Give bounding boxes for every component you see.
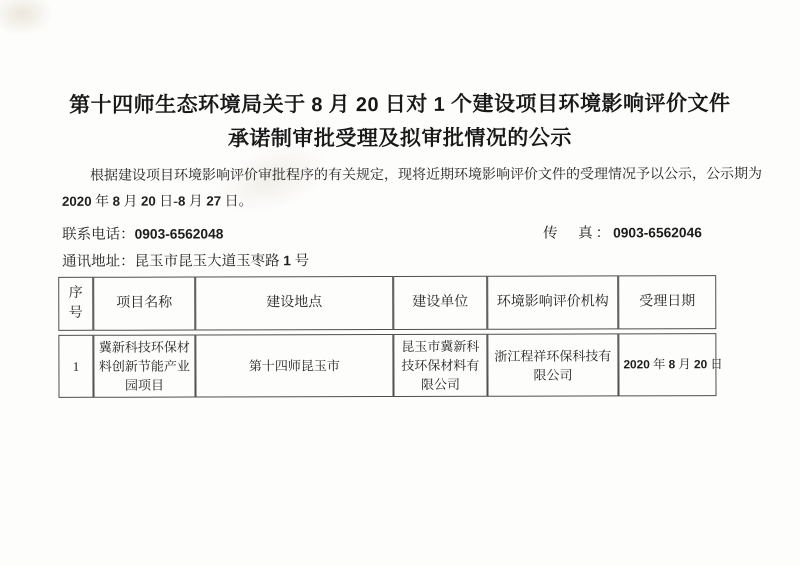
notice-body-line1: 根据建设项目环境影响评价审批程序的有关规定，现将近期环境影响评价文件的受理情况予… bbox=[62, 162, 756, 189]
col-header-construction-unit: 建设单位 bbox=[393, 276, 487, 330]
notice-title: 第十四师生态环境局关于 8 月 20 日对 1 个建设项目环境影响评价文件 承诺… bbox=[40, 87, 760, 156]
notice-body-paragraph: 根据建设项目环境影响评价审批程序的有关规定，现将近期环境影响评价文件的受理情况予… bbox=[62, 162, 756, 215]
notice-document: 第十四师生态环境局关于 8 月 20 日对 1 个建设项目环境影响评价文件 承诺… bbox=[0, 0, 800, 402]
cell-construction-site: 第十四师昆玉市 bbox=[195, 334, 393, 398]
phone-number: 0903-6562048 bbox=[135, 226, 224, 241]
table-header-row: 序号 项目名称 建设地点 建设单位 环境影响评价机构 受理日期 bbox=[58, 275, 716, 331]
cell-project-name: 冀新科技环保材料创新节能产业园项目 bbox=[93, 335, 195, 398]
address-value: 昆玉市昆玉大道玉枣路 1 号 bbox=[135, 253, 309, 269]
scanned-notice-page: 第十四师生态环境局关于 8 月 20 日对 1 个建设项目环境影响评价文件 承诺… bbox=[0, 0, 800, 565]
cell-seq: 1 bbox=[58, 335, 93, 398]
fax-label: 传 真： bbox=[543, 225, 613, 241]
col-header-construction-site: 建设地点 bbox=[195, 276, 393, 331]
address-label: 通讯地址： bbox=[62, 254, 135, 270]
table-row: 1 冀新科技环保材料创新节能产业园项目 第十四师昆玉市 昆玉市冀新科技环保材料有… bbox=[58, 333, 716, 398]
notice-title-line1: 第十四师生态环境局关于 8 月 20 日对 1 个建设项目环境影响评价文件 bbox=[40, 87, 760, 123]
phone-label: 联系电话： bbox=[62, 227, 135, 243]
notice-body-line2: 2020 年 8 月 20 日-8 月 27 日。 bbox=[62, 187, 756, 215]
cell-construction-unit: 昆玉市冀新科技环保材料有限公司 bbox=[393, 334, 487, 397]
col-header-project-name: 项目名称 bbox=[93, 277, 195, 331]
cell-acceptance-date: 2020 年 8 月 20 日 bbox=[618, 333, 716, 396]
notice-title-line2: 承诺制审批受理及拟审批情况的公示 bbox=[40, 121, 760, 156]
col-header-eia-agency: 环境影响评价机构 bbox=[487, 275, 618, 329]
col-header-acceptance-date: 受理日期 bbox=[618, 275, 716, 329]
cell-eia-agency: 浙江程祥环保科技有限公司 bbox=[487, 333, 618, 396]
col-header-seq: 序号 bbox=[58, 277, 93, 331]
projects-table: 序号 项目名称 建设地点 建设单位 环境影响评价机构 受理日期 1 冀新科技环保… bbox=[58, 271, 716, 402]
contact-row: 联系电话：0903-6562048 传 真：0903-6562046 bbox=[62, 221, 800, 247]
fax-group: 传 真：0903-6562046 bbox=[543, 221, 702, 242]
address-row: 通讯地址：昆玉市昆玉大道玉枣路 1 号 bbox=[62, 248, 800, 274]
fax-number: 0903-6562046 bbox=[613, 225, 702, 240]
